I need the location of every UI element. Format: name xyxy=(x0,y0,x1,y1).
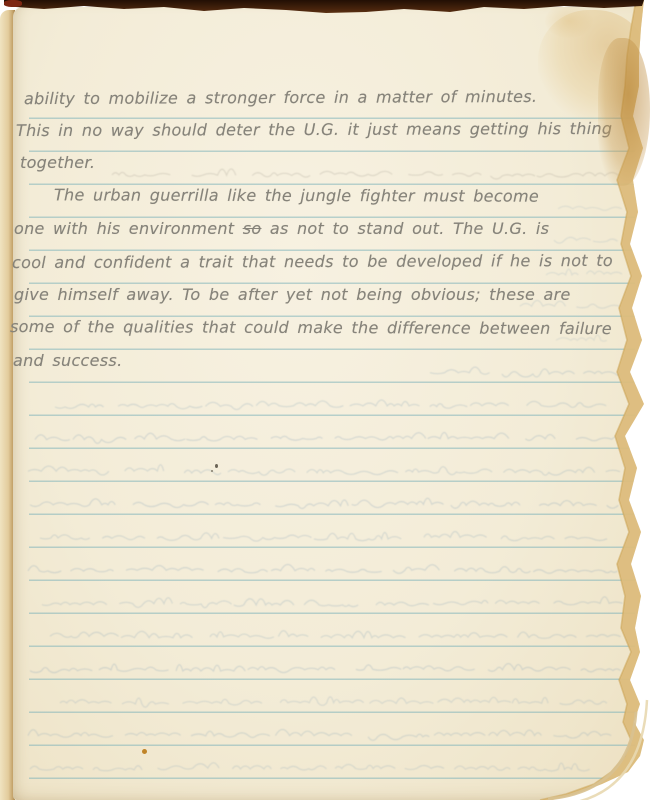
dark-speck xyxy=(215,464,218,468)
notebook-page-scan: ability to mobilize a stronger force in … xyxy=(0,0,660,800)
handwriting-line: ability to mobilize a stronger force in … xyxy=(24,87,537,108)
handwriting-line: This in no way should deter the U.G. it … xyxy=(16,119,612,140)
handwriting-line: give himself away. To be after yet not b… xyxy=(14,285,571,304)
handwriting-line: The urban guerrilla like the jungle figh… xyxy=(54,185,539,205)
handwriting-segment: as not to stand out. The U.G. is xyxy=(261,219,549,238)
struck-word: so xyxy=(243,219,262,238)
stain-top-right-small xyxy=(545,4,593,38)
handwriting-line: some of the qualities that could make th… xyxy=(10,317,612,338)
handwriting-segment: one with his environment xyxy=(14,219,243,238)
handwriting-line: together. xyxy=(20,153,95,172)
handwriting-line: one with his environment so as not to st… xyxy=(14,219,549,238)
dark-speck xyxy=(211,470,213,472)
handwriting-line: cool and confident a trait that needs to… xyxy=(12,251,613,272)
handwriting-line: and success. xyxy=(13,351,122,370)
orange-speck xyxy=(142,749,147,754)
red-mark-top-left xyxy=(4,0,22,7)
